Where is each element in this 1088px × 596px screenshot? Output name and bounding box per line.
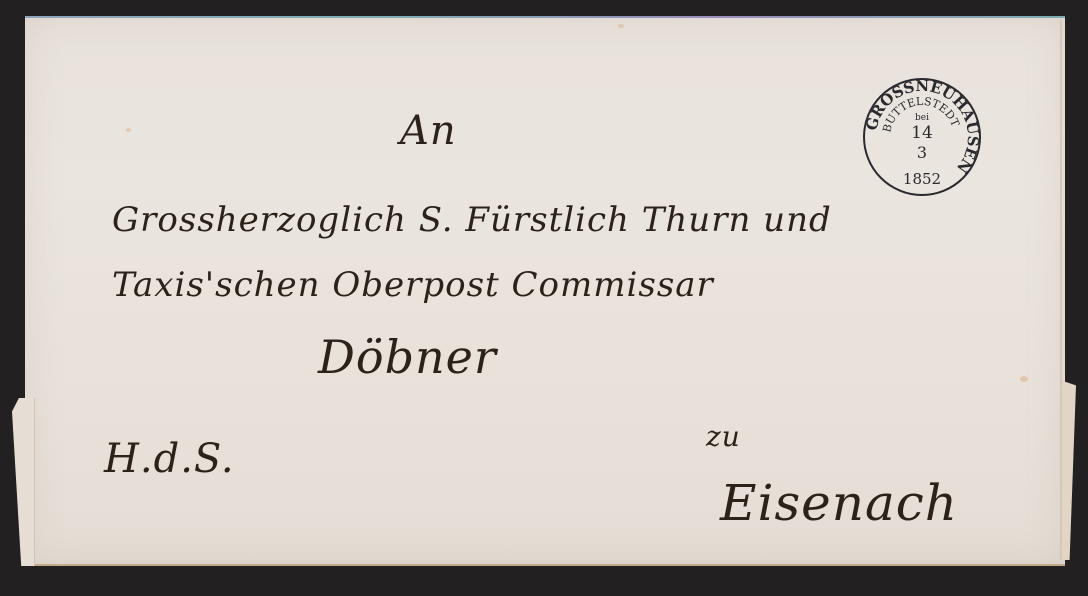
postmark-stamp: GROSSNEUHAUSEN BUTTELSTEDT bei 14 3 1852: [861, 76, 983, 198]
left-flap: [12, 398, 35, 566]
salutation: An: [400, 108, 457, 154]
address-line-1: Grossherzoglich S. Fürstlich Thurn und: [112, 200, 832, 240]
postmark-month: 3: [917, 143, 927, 162]
postmark-bei: bei: [915, 113, 929, 123]
foxing-spot: [618, 24, 624, 28]
service-note: H.d.S.: [104, 436, 235, 482]
recipient-name: Döbner: [318, 330, 497, 384]
foxing-spot: [126, 128, 131, 132]
right-fold-edge: [1060, 20, 1062, 560]
preposition: zu: [706, 420, 741, 453]
postmark-year: 1852: [903, 170, 941, 188]
postmark-day: 14: [911, 123, 933, 143]
foxing-spot: [1020, 376, 1028, 382]
destination-city: Eisenach: [720, 474, 958, 532]
right-flap: [1060, 380, 1076, 560]
address-line-2: Taxis'schen Oberpost Commissar: [112, 265, 714, 305]
